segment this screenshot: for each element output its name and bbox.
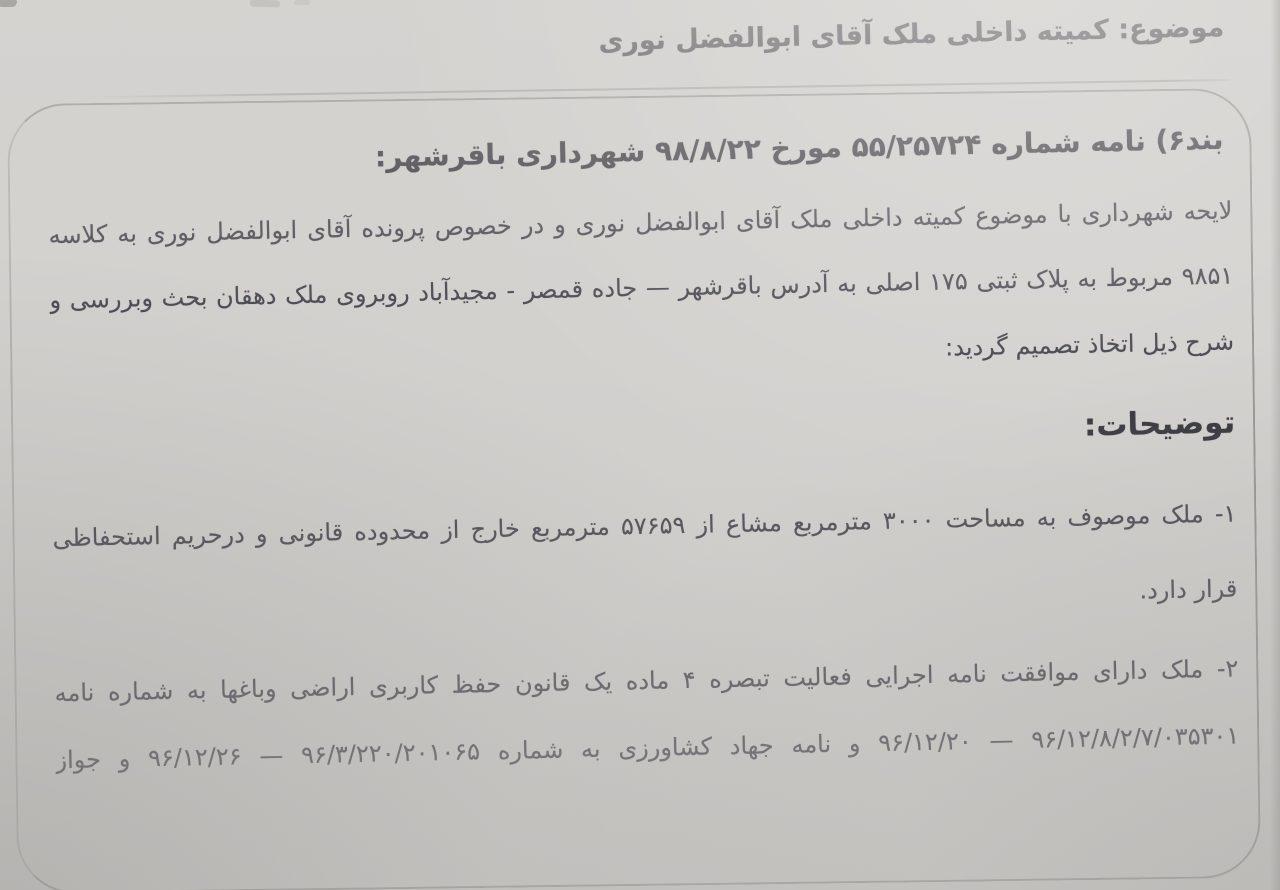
scan-artifact-top-mid2 bbox=[294, 0, 310, 5]
scan-artifact-top-mid bbox=[250, 0, 280, 8]
subject-line: موضوع: کمیته داخلی ملک آقای ابوالفضل نور… bbox=[598, 12, 1224, 57]
item6-heading: بند۶) نامه شماره ۵۵/۲۵۷۲۴ مورخ ۹۸/۸/۲۲ ش… bbox=[69, 112, 1224, 192]
item2-line-1: ۲- ملک دارای موافقت نامه اجرایی فعالیت ت… bbox=[54, 642, 1239, 719]
intro-line-3: شرح ذیل اتخاذ تصمیم گردید: bbox=[50, 315, 1235, 392]
explanations-heading: توضیحات: bbox=[51, 393, 1236, 476]
scanned-document-page: { "document": { "subject_line": "موضوع: … bbox=[0, 0, 1280, 890]
item1-line-1: ۱- ملک موصوف به مساحت ۳۰۰۰ مترمربع مشاع … bbox=[52, 487, 1237, 564]
scan-edge-shadow bbox=[1270, 0, 1280, 890]
item2-line-2: ۹۶/۱۲/۸/۲/۷/۰۳۵۳۰۱ — ۹۶/۱۲/۲۰ و نامه جها… bbox=[55, 709, 1240, 786]
document-frame: بند۶) نامه شماره ۵۵/۲۵۷۲۴ مورخ ۹۸/۸/۲۲ ش… bbox=[7, 88, 1261, 890]
scan-double-border-line bbox=[79, 79, 1231, 98]
scan-artifact-top-left bbox=[0, 0, 17, 7]
item1-line-2: قرار دارد. bbox=[53, 562, 1238, 639]
intro-line-1: لایحه شهرداری با موضوع کمیته داخلی ملک آ… bbox=[48, 184, 1233, 261]
intro-line-2: ۹۸۵۱ مربوط به پلاک ثبتی ۱۷۵ اصلی به آدرس… bbox=[49, 249, 1234, 326]
